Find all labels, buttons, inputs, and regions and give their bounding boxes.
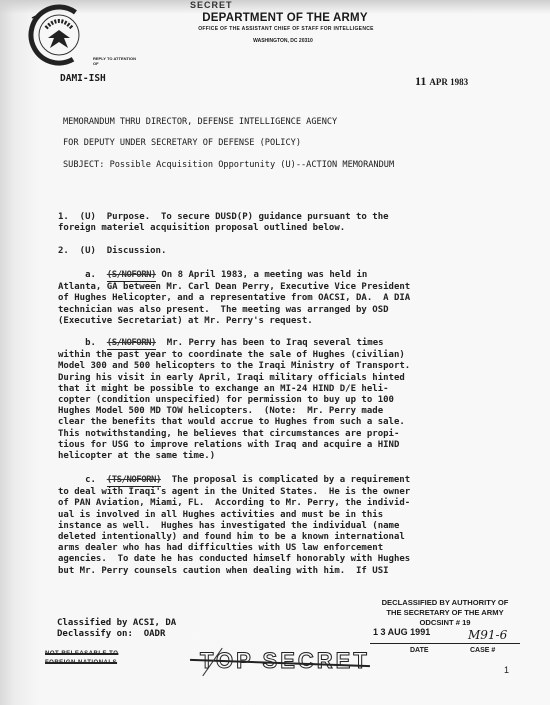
paragraph-b: b. (S/NOFORN) Mr. Perry has been to Iraq… xyxy=(58,338,488,462)
memo-date-month-year: APR 1983 xyxy=(429,77,468,87)
letterhead-top-fragment: SECRET xyxy=(190,0,233,10)
declassification-date: 1 3 AUG 1991 xyxy=(373,627,430,637)
declassification-date-label: DATE xyxy=(410,647,429,654)
classification-authority: Classified by ACSI, DA Declassify on: OA… xyxy=(57,618,176,640)
office-name: OFFICE OF THE ASSISTANT CHIEF OF STAFF F… xyxy=(0,26,550,32)
paragraph-b-lead: b. xyxy=(58,338,107,348)
paragraph-a: a. (S/NOFORN) On 8 April 1983, a meeting… xyxy=(58,270,488,327)
department-name: DEPARTMENT OF THE ARMY xyxy=(0,12,550,24)
memo-date: 11 APR 1983 xyxy=(415,74,468,89)
not-releasable-stamp: NOT RELEASABLE TO FOREIGN NATIONALS xyxy=(45,650,118,668)
office-address: WASHINGTON, DC 20310 xyxy=(0,38,550,44)
paragraph-a-lead: a. xyxy=(58,270,107,280)
paragraph-discussion-heading: 2. (U) Discussion. xyxy=(58,246,488,257)
paragraph-c-marking: (TS/NOFORN) xyxy=(107,475,161,487)
memo-thru-line: MEMORANDUM THRU DIRECTOR, DEFENSE INTELL… xyxy=(63,117,337,127)
paragraph-b-text: Mr. Perry has been to Iraq several times… xyxy=(58,338,410,461)
memo-subject-line: SUBJECT: Possible Acquisition Opportunit… xyxy=(63,160,394,170)
reply-to-label: REPLY TO ATTENTION OF xyxy=(93,56,138,66)
declassification-case-label: CASE # xyxy=(470,647,495,654)
page-number: 1 xyxy=(504,665,509,675)
paragraph-c-lead: c. xyxy=(58,475,107,485)
paragraph-c: c. (TS/NOFORN) The proposal is complicat… xyxy=(58,475,488,577)
memo-for-line: FOR DEPUTY UNDER SECRETARY OF DEFENSE (P… xyxy=(63,138,301,148)
declassification-rule xyxy=(370,643,520,644)
declassification-stamp: DECLASSIFIED BY AUTHORITY OF THE SECRETA… xyxy=(370,598,520,628)
paragraph-a-marking: (S/NOFORN) xyxy=(107,270,156,282)
declassification-case-number: M91-6 xyxy=(468,628,507,642)
paragraph-b-marking: (S/NOFORN) xyxy=(107,338,156,350)
paragraph-c-text: The proposal is complicated by a require… xyxy=(58,475,410,576)
memo-date-day: 11 xyxy=(415,74,426,88)
paragraph-purpose: 1. (U) Purpose. To secure DUSD(P) guidan… xyxy=(58,212,488,234)
document-page: SECRET DEPARTMENT OF THE ARMY OFFICE OF … xyxy=(0,0,550,705)
office-symbol: DAMI-ISH xyxy=(60,73,106,84)
